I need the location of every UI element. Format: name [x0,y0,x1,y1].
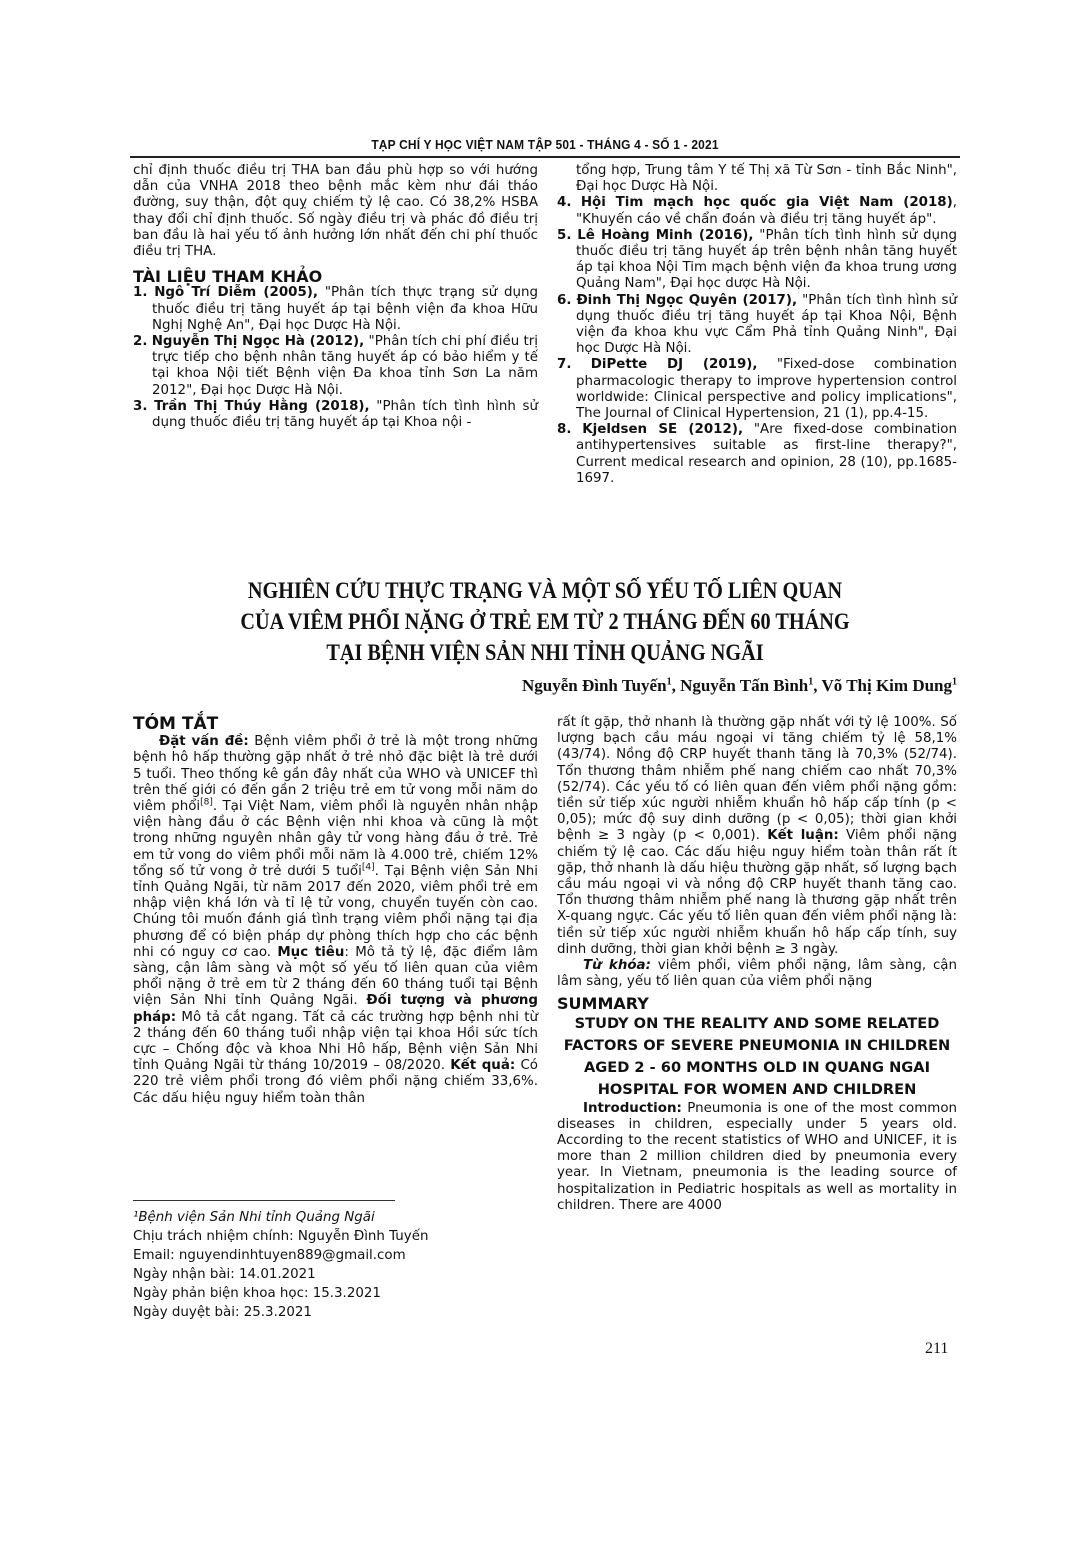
reference-5: 5. Lê Hoàng Minh (2016), "Phân tích tình… [557,228,957,293]
summary-title: STUDY ON THE REALITY AND SOME RELATED FA… [557,1013,957,1101]
title-line-1: NGHIÊN CỨU THỰC TRẠNG VÀ MỘT SỐ YẾU TỐ L… [180,575,910,606]
abstract-body-continued: rất ít gặp, thở nhanh là thường gặp nhất… [557,715,957,958]
summary-introduction: Introduction: Pneumonia is one of the mo… [557,1101,957,1214]
journal-page: TẠP CHÍ Y HỌC VIỆT NAM TẬP 501 - THÁNG 4… [0,0,1090,1541]
page-number: 211 [925,1340,948,1358]
header-rule [130,156,960,158]
footnote: ¹Bệnh viện Sản Nhi tỉnh Quảng Ngãi Chịu … [133,1208,538,1322]
title-line-2: CỦA VIÊM PHỔI NẶNG Ở TRẺ EM TỪ 2 THÁNG Đ… [180,606,910,637]
email: Email: nguyendinhtuyen889@gmail.com [133,1246,538,1265]
summary-heading: SUMMARY [557,996,957,1012]
reference-4: 4. Hội Tim mạch học quốc gia Việt Nam (2… [557,195,957,227]
reference-1: 1. Ngô Trí Diễm (2005), "Phân tích thực … [133,285,538,334]
footnote-rule [133,1200,395,1201]
author-name: Võ Thị Kim Dung [821,676,952,695]
reference-7: 7. DiPette DJ (2019), "Fixed-dose combin… [557,357,957,422]
abstract-left-column: TÓM TẮT Đặt vấn đề: Bệnh viêm phổi ở trẻ… [133,716,538,1107]
author-name: Nguyễn Tấn Bình [680,676,808,695]
abstract-body: Đặt vấn đề: Bệnh viêm phổi ở trẻ là một … [133,734,538,1107]
previous-conclusion: chỉ định thuốc điều trị THA ban đầu phù … [133,163,538,260]
title-line-3: TẠI BỆNH VIỆN SẢN NHI TỈNH QUẢNG NGÃI [180,637,910,668]
reference-6: 6. Đinh Thị Ngọc Quyên (2017), "Phân tíc… [557,293,957,358]
references-heading: TÀI LIỆU THAM KHẢO [133,269,538,285]
previous-article-right-column: tổng hợp, Trung tâm Y tế Thị xã Từ Sơn -… [557,163,957,487]
received-date: Ngày nhận bài: 14.01.2021 [133,1265,538,1284]
review-date: Ngày phản biện khoa học: 15.3.2021 [133,1284,538,1303]
reference-3-continued: tổng hợp, Trung tâm Y tế Thị xã Từ Sơn -… [557,163,957,195]
reference-3: 3. Trần Thị Thúy Hằng (2018), "Phân tích… [133,399,538,431]
accepted-date: Ngày duyệt bài: 25.3.2021 [133,1303,538,1322]
abstract-heading: TÓM TẮT [133,716,538,732]
reference-2: 2. Nguyễn Thị Ngọc Hà (2012), "Phân tích… [133,334,538,399]
running-header: TẠP CHÍ Y HỌC VIỆT NAM TẬP 501 - THÁNG 4… [163,137,927,152]
keywords: Từ khóa: viêm phổi, viêm phổi nặng, lâm … [557,958,957,990]
author-name: Nguyễn Đình Tuyến [522,676,667,695]
author-list: Nguyễn Đình Tuyến1, Nguyễn Tấn Bình1, Võ… [522,676,957,696]
reference-8: 8. Kjeldsen SE (2012), "Are fixed-dose c… [557,422,957,487]
affiliation: ¹Bệnh viện Sản Nhi tỉnh Quảng Ngãi [133,1208,538,1227]
article-title: NGHIÊN CỨU THỰC TRẠNG VÀ MỘT SỐ YẾU TỐ L… [180,575,910,668]
responsible-author: Chịu trách nhiệm chính: Nguyễn Đình Tuyế… [133,1227,538,1246]
abstract-right-column: rất ít gặp, thở nhanh là thường gặp nhất… [557,715,957,1214]
previous-article-left-column: chỉ định thuốc điều trị THA ban đầu phù … [133,163,538,431]
